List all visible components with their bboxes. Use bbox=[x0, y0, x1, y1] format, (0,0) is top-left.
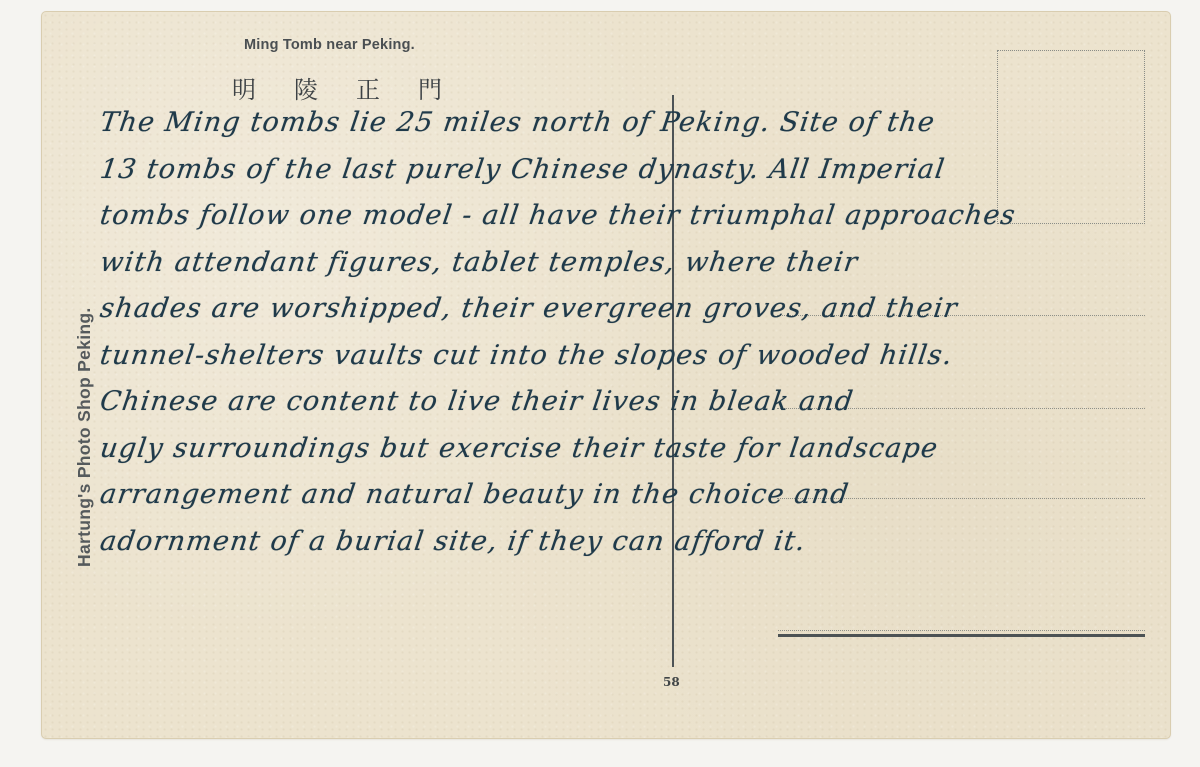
postcard-title-english: Ming Tomb near Peking. bbox=[244, 37, 415, 53]
address-line-solid bbox=[778, 634, 1145, 637]
postcard-scan: Ming Tomb near Peking. 明 陵 正 門 Hartung's… bbox=[0, 0, 1200, 767]
postcard-back: Ming Tomb near Peking. 明 陵 正 門 Hartung's… bbox=[42, 12, 1170, 738]
message-line: adornment of a burial site, if they can … bbox=[97, 519, 1170, 566]
card-number: 58 bbox=[663, 675, 680, 689]
message-line: with attendant figures, tablet temples, … bbox=[97, 240, 1170, 287]
handwritten-message: The Ming tombs lie 25 miles north of Pek… bbox=[97, 100, 1167, 565]
message-line: tombs follow one model - all have their … bbox=[97, 193, 1170, 240]
message-line: The Ming tombs lie 25 miles north of Pek… bbox=[97, 100, 1170, 147]
message-line: tunnel-shelters vaults cut into the slop… bbox=[97, 333, 1170, 380]
message-line: ugly surroundings but exercise their tas… bbox=[97, 426, 1170, 473]
message-line: 13 tombs of the last purely Chinese dyna… bbox=[97, 147, 1170, 194]
message-line: shades are worshipped, their evergreen g… bbox=[97, 286, 1170, 333]
publisher-imprint: Hartung's Photo Shop Peking. bbox=[74, 307, 95, 567]
message-line: Chinese are content to live their lives … bbox=[97, 379, 1170, 426]
message-line: arrangement and natural beauty in the ch… bbox=[97, 472, 1170, 519]
address-line-dotted-4 bbox=[778, 630, 1145, 631]
